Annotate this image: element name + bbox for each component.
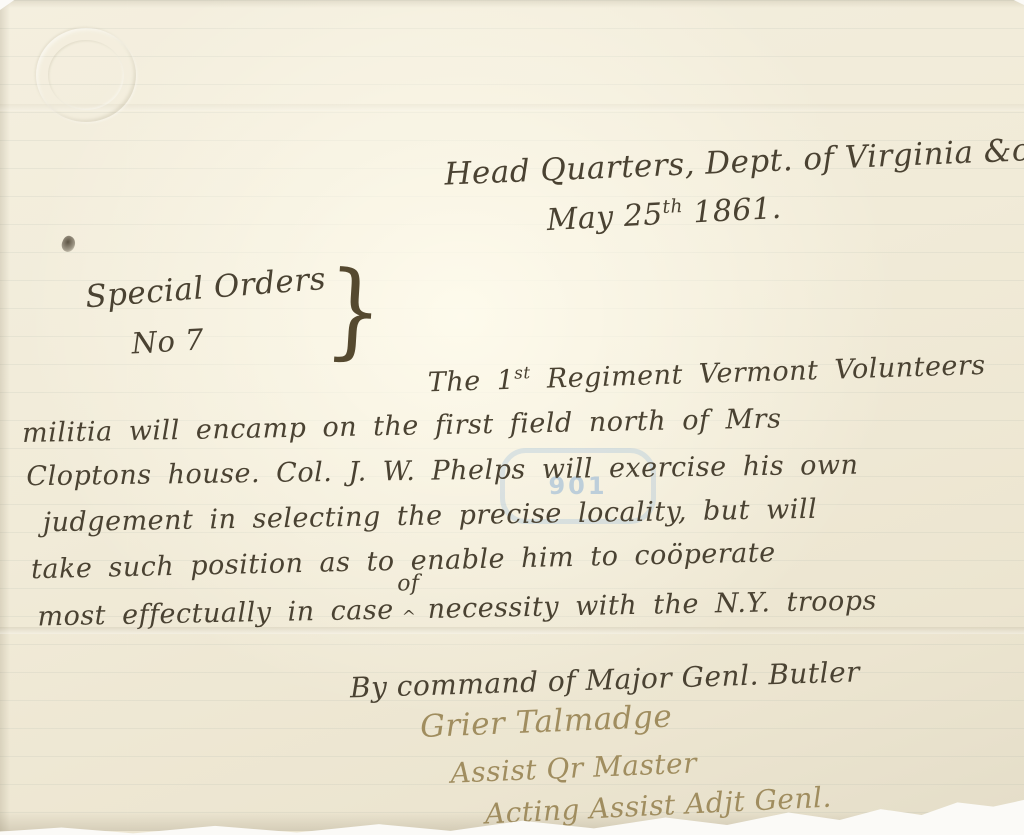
body-line-1-start: The 1 (427, 365, 515, 399)
date-main: May 25 (546, 197, 664, 238)
scanned-document-page: 901 Head Quarters, Dept. of Virginia &c … (0, 0, 1024, 835)
header-date-line: May 25th 1861. (546, 191, 783, 238)
by-command-line: By command of Major Genl. Butler (349, 655, 860, 704)
body-line-2: militia will encamp on the first field n… (22, 403, 782, 449)
body-line-1-rest: Regiment Vermont Volunteers (530, 350, 986, 395)
special-orders-title: Special Orders (84, 261, 327, 315)
body-line-3: Cloptons house. Col. J. W. Phelps will e… (26, 450, 858, 493)
body-line-1-superscript: st (514, 362, 531, 383)
order-brace-glyph: } (322, 247, 386, 372)
inserted-word-container: of^ (393, 591, 428, 619)
date-superscript: th (662, 196, 684, 218)
body-line-1: The 1st Regiment Vermont Volunteers (427, 348, 986, 399)
special-orders-number: No 7 (131, 322, 205, 360)
body-line-6: most effectually in caseof^necessity wit… (37, 582, 877, 632)
signature-name: Grier Talmadge (419, 699, 672, 746)
body-line-6-before: most effectually in case (37, 595, 394, 633)
document-paper: 901 Head Quarters, Dept. of Virginia &c … (0, 0, 1024, 835)
body-line-4: judgement in selecting the precise local… (42, 494, 817, 539)
header-location-line: Head Quarters, Dept. of Virginia &c (444, 132, 1024, 192)
body-line-6-after: necessity with the N.Y. troops (427, 585, 877, 625)
insertion-caret: ^ (402, 607, 417, 627)
signature-title-2: Acting Assist Adjt Genl. (484, 781, 832, 831)
date-year: 1861. (682, 191, 782, 231)
inserted-word: of (397, 571, 420, 596)
signature-title-1: Assist Qr Master (450, 746, 698, 789)
handwriting-layer: Head Quarters, Dept. of Virginia &c May … (0, 0, 1024, 835)
